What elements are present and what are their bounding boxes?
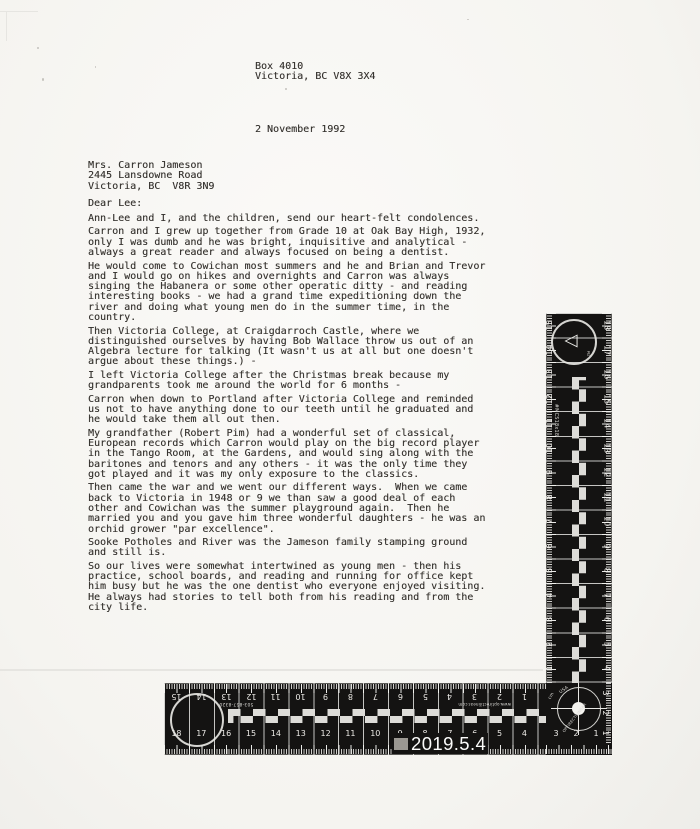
ruler-corner: 321 321 OPTIRECTILINEAR USA cm [546,683,612,755]
ruler-number: 5 [413,692,438,700]
ruler-number: 4 [546,590,571,601]
ruler-number: 10 [363,730,388,738]
ruler-number: 7 [546,516,571,527]
accession-gray-patch [394,738,408,750]
accession-number: 2019.5.4 [411,733,486,755]
ruler-number: 9 [313,692,338,700]
dust-speck [37,47,39,49]
left-end-circle [170,693,224,747]
website-text: www.optirectilinear.com [458,702,511,707]
ruler-number: 2 [546,639,571,650]
brand-logo: △ TM [551,319,597,365]
brand-logo-tm: TM [587,351,591,356]
recipient-address: Mrs. Carron Jameson 2445 Lansdowne Road … [88,161,214,192]
ruler-number: 12 [313,730,338,738]
letter-paragraph: I left Victoria College after the Christ… [88,371,485,392]
ruler-number: 7 [363,692,388,700]
dust-speck [42,78,44,81]
ruler-numbers-outer: 151413121110987654321 [553,313,564,681]
ruler-number: 14 [263,730,288,738]
ruler-number: 5 [546,565,571,576]
ruler-number: 13 [288,730,313,738]
ruler-number: 12 [239,692,264,700]
paper-edge-shadow [6,11,7,41]
letter-paragraph: Carron and I grew up together from Grade… [88,227,485,258]
ruler-number: 13 [546,369,571,380]
corner-halfcm-ticks-bottom [546,745,612,754]
letter-paragraph: Ann-Lee and I, and the children, send ou… [88,214,485,224]
ruler-number: 8 [338,692,363,700]
ruler-number: 11 [338,730,363,738]
checker-strip-col1 [572,377,579,693]
product-code-text: #MCS18x18 [553,404,559,437]
letter-paragraph: Then came the war and we went our differ… [88,483,485,534]
ruler-number: 10 [546,442,571,453]
brand-logo-triangle-icon: △ [561,334,581,347]
letter-paragraph: Carron when down to Portland after Victo… [88,395,485,426]
paper-bottom-edge [0,669,543,671]
phone-text: 503-857-8320 [219,702,253,707]
letter-paragraph: He would come to Cowichan most summers a… [88,262,485,324]
dust-speck [95,66,96,68]
accession-label: 2019.5.4 [392,733,488,754]
halfcm-ticks-bottom [164,745,612,754]
return-address: Box 4010 Victoria, BC V8X 3X4 [255,62,375,83]
ruler-number: 13 [214,692,239,700]
ruler-number: 8 [546,491,571,502]
ruler-number: 6 [388,692,413,700]
checker-strip-row1 [228,709,546,716]
letter-paragraph: Sooke Potholes and River was the Jameson… [88,538,485,559]
ruler-number: 3 [546,614,571,625]
dust-speck [467,19,469,20]
letter-paragraph: Then Victoria College, at Craigdarroch C… [88,327,485,368]
scanned-document-page: Box 4010 Victoria, BC V8X 3X4 2 November… [0,0,700,829]
ruler-horizontal-arm: 151413121110987654321 503-857-8320 www.o… [164,683,612,755]
ruler-number: 1 [546,663,571,674]
ruler-number: 4 [512,730,537,738]
ruler-number: 10 [288,692,313,700]
letter-date: 2 November 1992 [255,125,345,135]
ruler-numbers-top: 151413121110987654321 [164,690,537,701]
ruler-number: 2 [487,692,512,700]
letter-paragraph: My grandfather (Robert Pim) had a wonder… [88,429,485,480]
letter-body: Ann-Lee and I, and the children, send ou… [88,214,485,617]
dust-speck [285,88,287,90]
checker-strip-row2 [228,716,546,723]
salutation: Dear Lee: [88,199,142,209]
ruler-number: 9 [546,467,571,478]
ruler-number: 1 [512,692,537,700]
ruler-number: 5 [487,730,512,738]
letter-paragraph: So our lives were somewhat intertwined a… [88,562,485,613]
ruler-number: 6 [546,541,571,552]
ruler-number: 4 [437,692,462,700]
ruler-number: 11 [263,692,288,700]
ruler-number: 3 [462,692,487,700]
ruler-number: 15 [239,730,264,738]
